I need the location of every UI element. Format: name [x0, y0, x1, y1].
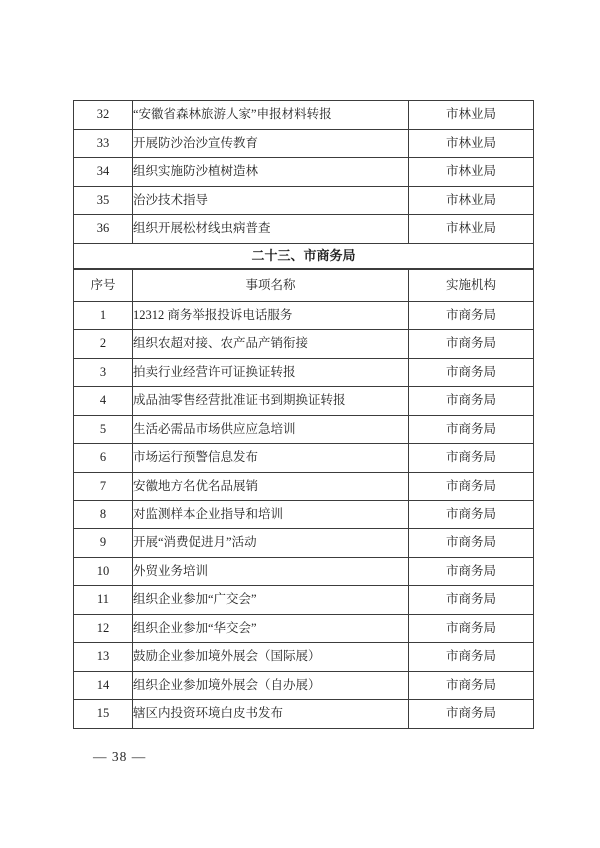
item-name-cell: 开展防沙治沙宣传教育 [133, 129, 409, 158]
agency-cell: 市商务局 [409, 444, 534, 472]
agency-cell: 市商务局 [409, 529, 534, 557]
agency-cell: 市商务局 [409, 671, 534, 699]
item-name-cell: 生活必需品市场供应应急培训 [133, 415, 409, 443]
table-row: 8 对监测样本企业指导和培训 市商务局 [74, 501, 534, 529]
row-number-cell: 11 [74, 586, 133, 614]
item-name-cell: 对监测样本企业指导和培训 [133, 501, 409, 529]
agency-cell: 市商务局 [409, 472, 534, 500]
row-number-cell: 10 [74, 557, 133, 585]
agency-cell: 市林业局 [409, 158, 534, 187]
agency-cell: 市商务局 [409, 643, 534, 671]
agency-cell: 市商务局 [409, 557, 534, 585]
table-row: 10 外贸业务培训 市商务局 [74, 557, 534, 585]
row-number-cell: 4 [74, 387, 133, 415]
table-row: 11 组织企业参加“广交会” 市商务局 [74, 586, 534, 614]
agency-cell: 市商务局 [409, 415, 534, 443]
row-number-cell: 34 [74, 158, 133, 187]
row-number-cell: 1 [74, 301, 133, 329]
agency-cell: 市林业局 [409, 101, 534, 130]
col-header-item: 事项名称 [133, 269, 409, 301]
item-name-cell: “安徽省森林旅游人家”申报材料转报 [133, 101, 409, 130]
table-row: 5 生活必需品市场供应应急培训 市商务局 [74, 415, 534, 443]
table-row: 6 市场运行预警信息发布 市商务局 [74, 444, 534, 472]
item-name-cell: 治沙技术指导 [133, 186, 409, 215]
table-row: 15 辖区内投资环境白皮书发布 市商务局 [74, 700, 534, 728]
agency-cell: 市林业局 [409, 215, 534, 244]
agency-cell: 市商务局 [409, 387, 534, 415]
row-number-cell: 6 [74, 444, 133, 472]
table-row: 7 安徽地方名优名品展销 市商务局 [74, 472, 534, 500]
section-title: 二十三、市商务局 [74, 243, 534, 269]
item-name-cell: 组织企业参加“广交会” [133, 586, 409, 614]
agency-cell: 市商务局 [409, 330, 534, 358]
table-row: 3 拍卖行业经营许可证换证转报 市商务局 [74, 358, 534, 386]
agency-cell: 市商务局 [409, 301, 534, 329]
item-name-cell: 12312 商务举报投诉电话服务 [133, 301, 409, 329]
continued-rows-section: 32 “安徽省森林旅游人家”申报材料转报 市林业局 33 开展防沙治沙宣传教育 … [74, 101, 534, 244]
row-number-cell: 14 [74, 671, 133, 699]
agency-cell: 市商务局 [409, 358, 534, 386]
table-row: 4 成品油零售经营批准证书到期换证转报 市商务局 [74, 387, 534, 415]
row-number-cell: 3 [74, 358, 133, 386]
agency-cell: 市商务局 [409, 501, 534, 529]
table-row: 13 鼓励企业参加境外展会（国际展） 市商务局 [74, 643, 534, 671]
row-number-cell: 15 [74, 700, 133, 728]
item-name-cell: 组织实施防沙植树造林 [133, 158, 409, 187]
table-row: 9 开展“消费促进月”活动 市商务局 [74, 529, 534, 557]
item-name-cell: 市场运行预警信息发布 [133, 444, 409, 472]
row-number-cell: 33 [74, 129, 133, 158]
row-number-cell: 35 [74, 186, 133, 215]
table-row: 36 组织开展松材线虫病普查 市林业局 [74, 215, 534, 244]
section-title-row: 二十三、市商务局 [74, 243, 534, 269]
row-number-cell: 7 [74, 472, 133, 500]
row-number-cell: 2 [74, 330, 133, 358]
section-and-header: 二十三、市商务局 序号 事项名称 实施机构 [74, 243, 534, 301]
col-header-no: 序号 [74, 269, 133, 301]
service-items-table: 32 “安徽省森林旅游人家”申报材料转报 市林业局 33 开展防沙治沙宣传教育 … [73, 100, 534, 729]
document-page: 32 “安徽省森林旅游人家”申报材料转报 市林业局 33 开展防沙治沙宣传教育 … [0, 0, 600, 848]
item-name-cell: 外贸业务培训 [133, 557, 409, 585]
table-row: 12 组织企业参加“华交会” 市商务局 [74, 614, 534, 642]
row-number-cell: 9 [74, 529, 133, 557]
row-number-cell: 32 [74, 101, 133, 130]
item-name-cell: 辖区内投资环境白皮书发布 [133, 700, 409, 728]
item-name-cell: 拍卖行业经营许可证换证转报 [133, 358, 409, 386]
agency-cell: 市林业局 [409, 129, 534, 158]
table-row: 34 组织实施防沙植树造林 市林业局 [74, 158, 534, 187]
item-name-cell: 组织企业参加境外展会（自办展） [133, 671, 409, 699]
col-header-agency: 实施机构 [409, 269, 534, 301]
row-number-cell: 8 [74, 501, 133, 529]
agency-cell: 市林业局 [409, 186, 534, 215]
commerce-bureau-rows-section: 1 12312 商务举报投诉电话服务 市商务局 2 组织农超对接、农产品产销衔接… [74, 301, 534, 728]
table-row: 1 12312 商务举报投诉电话服务 市商务局 [74, 301, 534, 329]
agency-cell: 市商务局 [409, 614, 534, 642]
table-row: 35 治沙技术指导 市林业局 [74, 186, 534, 215]
item-name-cell: 成品油零售经营批准证书到期换证转报 [133, 387, 409, 415]
row-number-cell: 5 [74, 415, 133, 443]
item-name-cell: 鼓励企业参加境外展会（国际展） [133, 643, 409, 671]
agency-cell: 市商务局 [409, 586, 534, 614]
page-number: — 38 — [93, 749, 146, 765]
item-name-cell: 安徽地方名优名品展销 [133, 472, 409, 500]
item-name-cell: 组织企业参加“华交会” [133, 614, 409, 642]
table-row: 32 “安徽省森林旅游人家”申报材料转报 市林业局 [74, 101, 534, 130]
row-number-cell: 12 [74, 614, 133, 642]
item-name-cell: 组织农超对接、农产品产销衔接 [133, 330, 409, 358]
row-number-cell: 36 [74, 215, 133, 244]
row-number-cell: 13 [74, 643, 133, 671]
table-row: 33 开展防沙治沙宣传教育 市林业局 [74, 129, 534, 158]
table-row: 2 组织农超对接、农产品产销衔接 市商务局 [74, 330, 534, 358]
item-name-cell: 开展“消费促进月”活动 [133, 529, 409, 557]
column-header-row: 序号 事项名称 实施机构 [74, 269, 534, 301]
agency-cell: 市商务局 [409, 700, 534, 728]
table-row: 14 组织企业参加境外展会（自办展） 市商务局 [74, 671, 534, 699]
item-name-cell: 组织开展松材线虫病普查 [133, 215, 409, 244]
